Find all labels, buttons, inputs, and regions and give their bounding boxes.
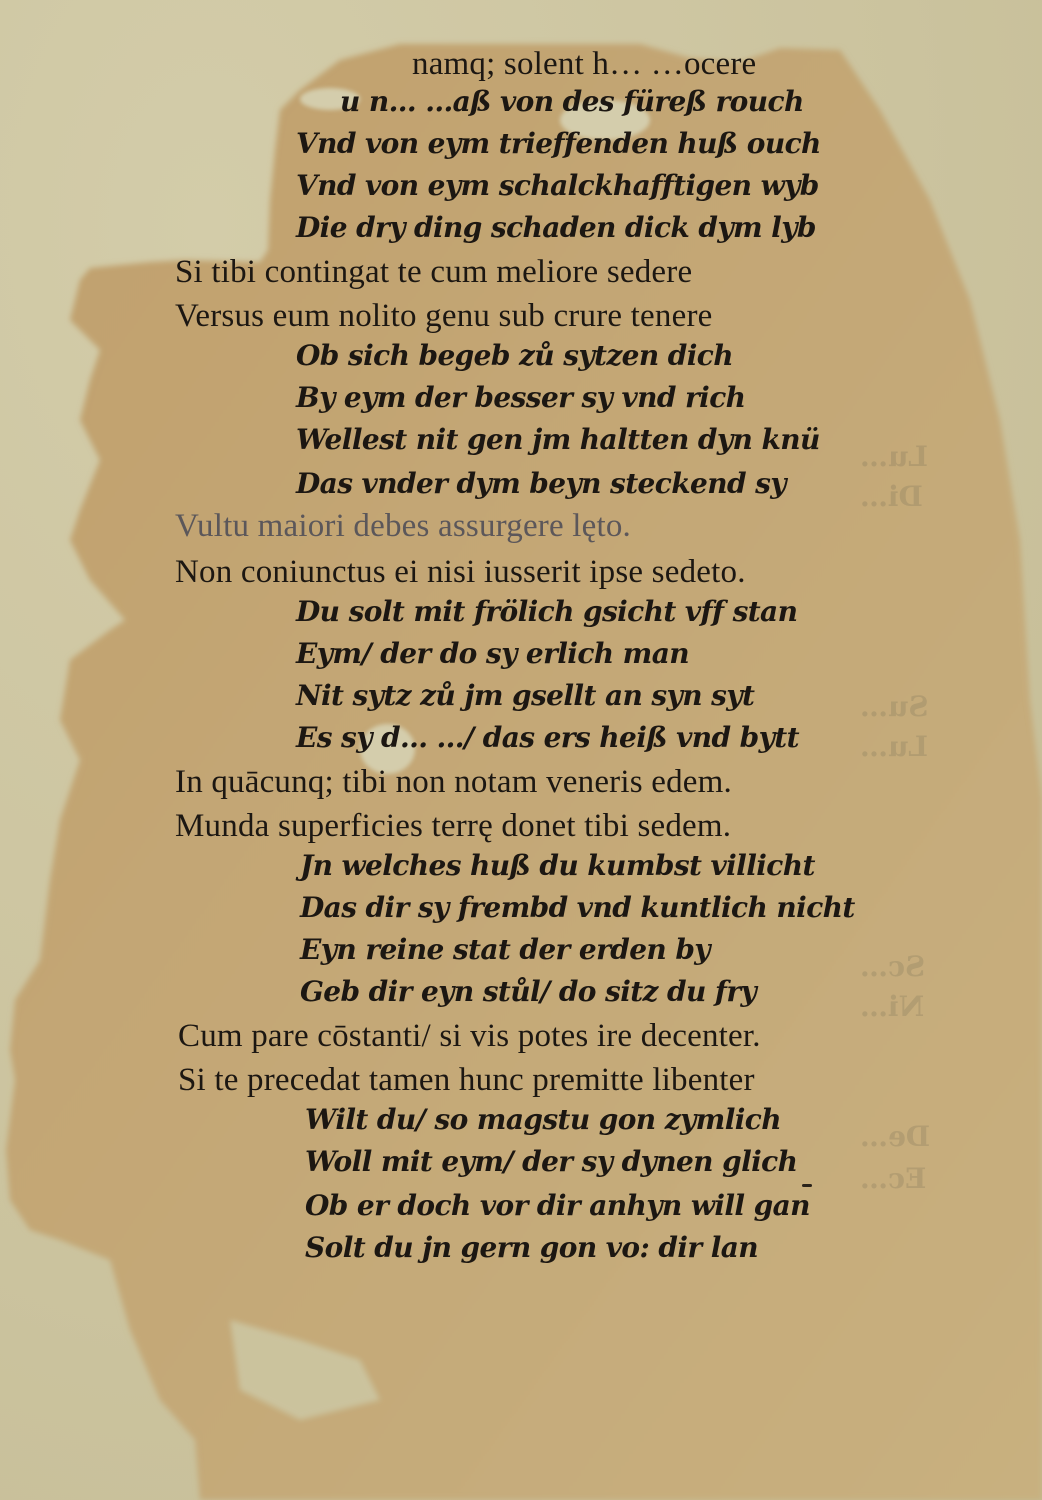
text-line-latin: In quācunq; tibi non notam veneris edem. <box>175 766 732 799</box>
text-line-german: Du solt mit frölich gsicht vff stan <box>296 598 797 626</box>
show-through-line: Su… <box>860 690 929 723</box>
show-through-line: De… <box>860 1120 930 1153</box>
show-through-line: Di… <box>860 480 923 513</box>
text-line-latin: Si te precedat tamen hunc premitte liben… <box>178 1064 755 1097</box>
text-line-german: Jn welches huß du kumbst villicht <box>300 852 815 880</box>
text-line-latin: Non coniunctus ei nisi iusserit ipse sed… <box>175 556 746 589</box>
text-line-german: Das vnder dym beyn steckend sy <box>296 470 786 498</box>
show-through-line: Lu… <box>860 440 928 473</box>
text-line-latin: Cum pare cōstanti/ si vis potes ire dece… <box>178 1020 761 1053</box>
text-line-german: Solt du jn gern gon vo: dir lan <box>305 1234 758 1262</box>
text-line-german: Geb dir eyn stůl/ do sitz du fry <box>300 978 756 1006</box>
show-through-line: Ni… <box>860 990 924 1023</box>
text-line-german: Die dry ding schaden dick dym lyb <box>296 214 816 242</box>
text-line-german: Das dir sy frembd vnd kuntlich nicht <box>300 894 855 922</box>
text-line-german: Wellest nit gen jm haltten dyn knü <box>296 426 820 454</box>
show-through-line: Lu… <box>860 730 928 763</box>
text-line-german: Vnd von eym schalckhafftigen wyb <box>296 172 819 200</box>
text-line-latin: Vultu maiori debes assurgere lęto. <box>175 510 631 543</box>
text-line-latin: Munda superficies terrę donet tibi sedem… <box>175 810 731 843</box>
text-line-latin: namq; solent h… …ocere <box>412 48 756 81</box>
text-line-german: Wilt du/ so magstu gon zymlich <box>305 1106 781 1134</box>
text-line-german: Eym/ der do sy erlich man <box>296 640 689 668</box>
show-through-line: Sc… <box>860 950 925 983</box>
text-line-german: Ob sich begeb zů sytzen dich <box>296 342 733 370</box>
text-line-latin: Versus eum nolito genu sub crure tenere <box>175 300 712 333</box>
text-line-german: Vnd von eym trieffenden huß ouch <box>296 130 821 158</box>
ink-speck <box>802 1184 812 1187</box>
text-line-german: Nit sytz zů jm gsellt an syn syt <box>296 682 754 710</box>
text-line-german: By eym der besser sy vnd rich <box>296 384 745 412</box>
text-line-german: Woll mit eym/ der sy dynen glich <box>305 1148 797 1176</box>
show-through-line: Ec… <box>860 1162 926 1195</box>
text-line-german: Es sy d… …/ das ers heiß vnd bytt <box>296 724 799 752</box>
text-line-german: Ob er doch vor dir anhyn will gan <box>305 1192 810 1220</box>
text-line-german: Eyn reine stat der erden by <box>300 936 710 964</box>
text-line-german: u n… …aß von des füreß rouch <box>340 88 804 116</box>
text-line-latin: Si tibi contingat te cum meliore sedere <box>175 256 692 289</box>
